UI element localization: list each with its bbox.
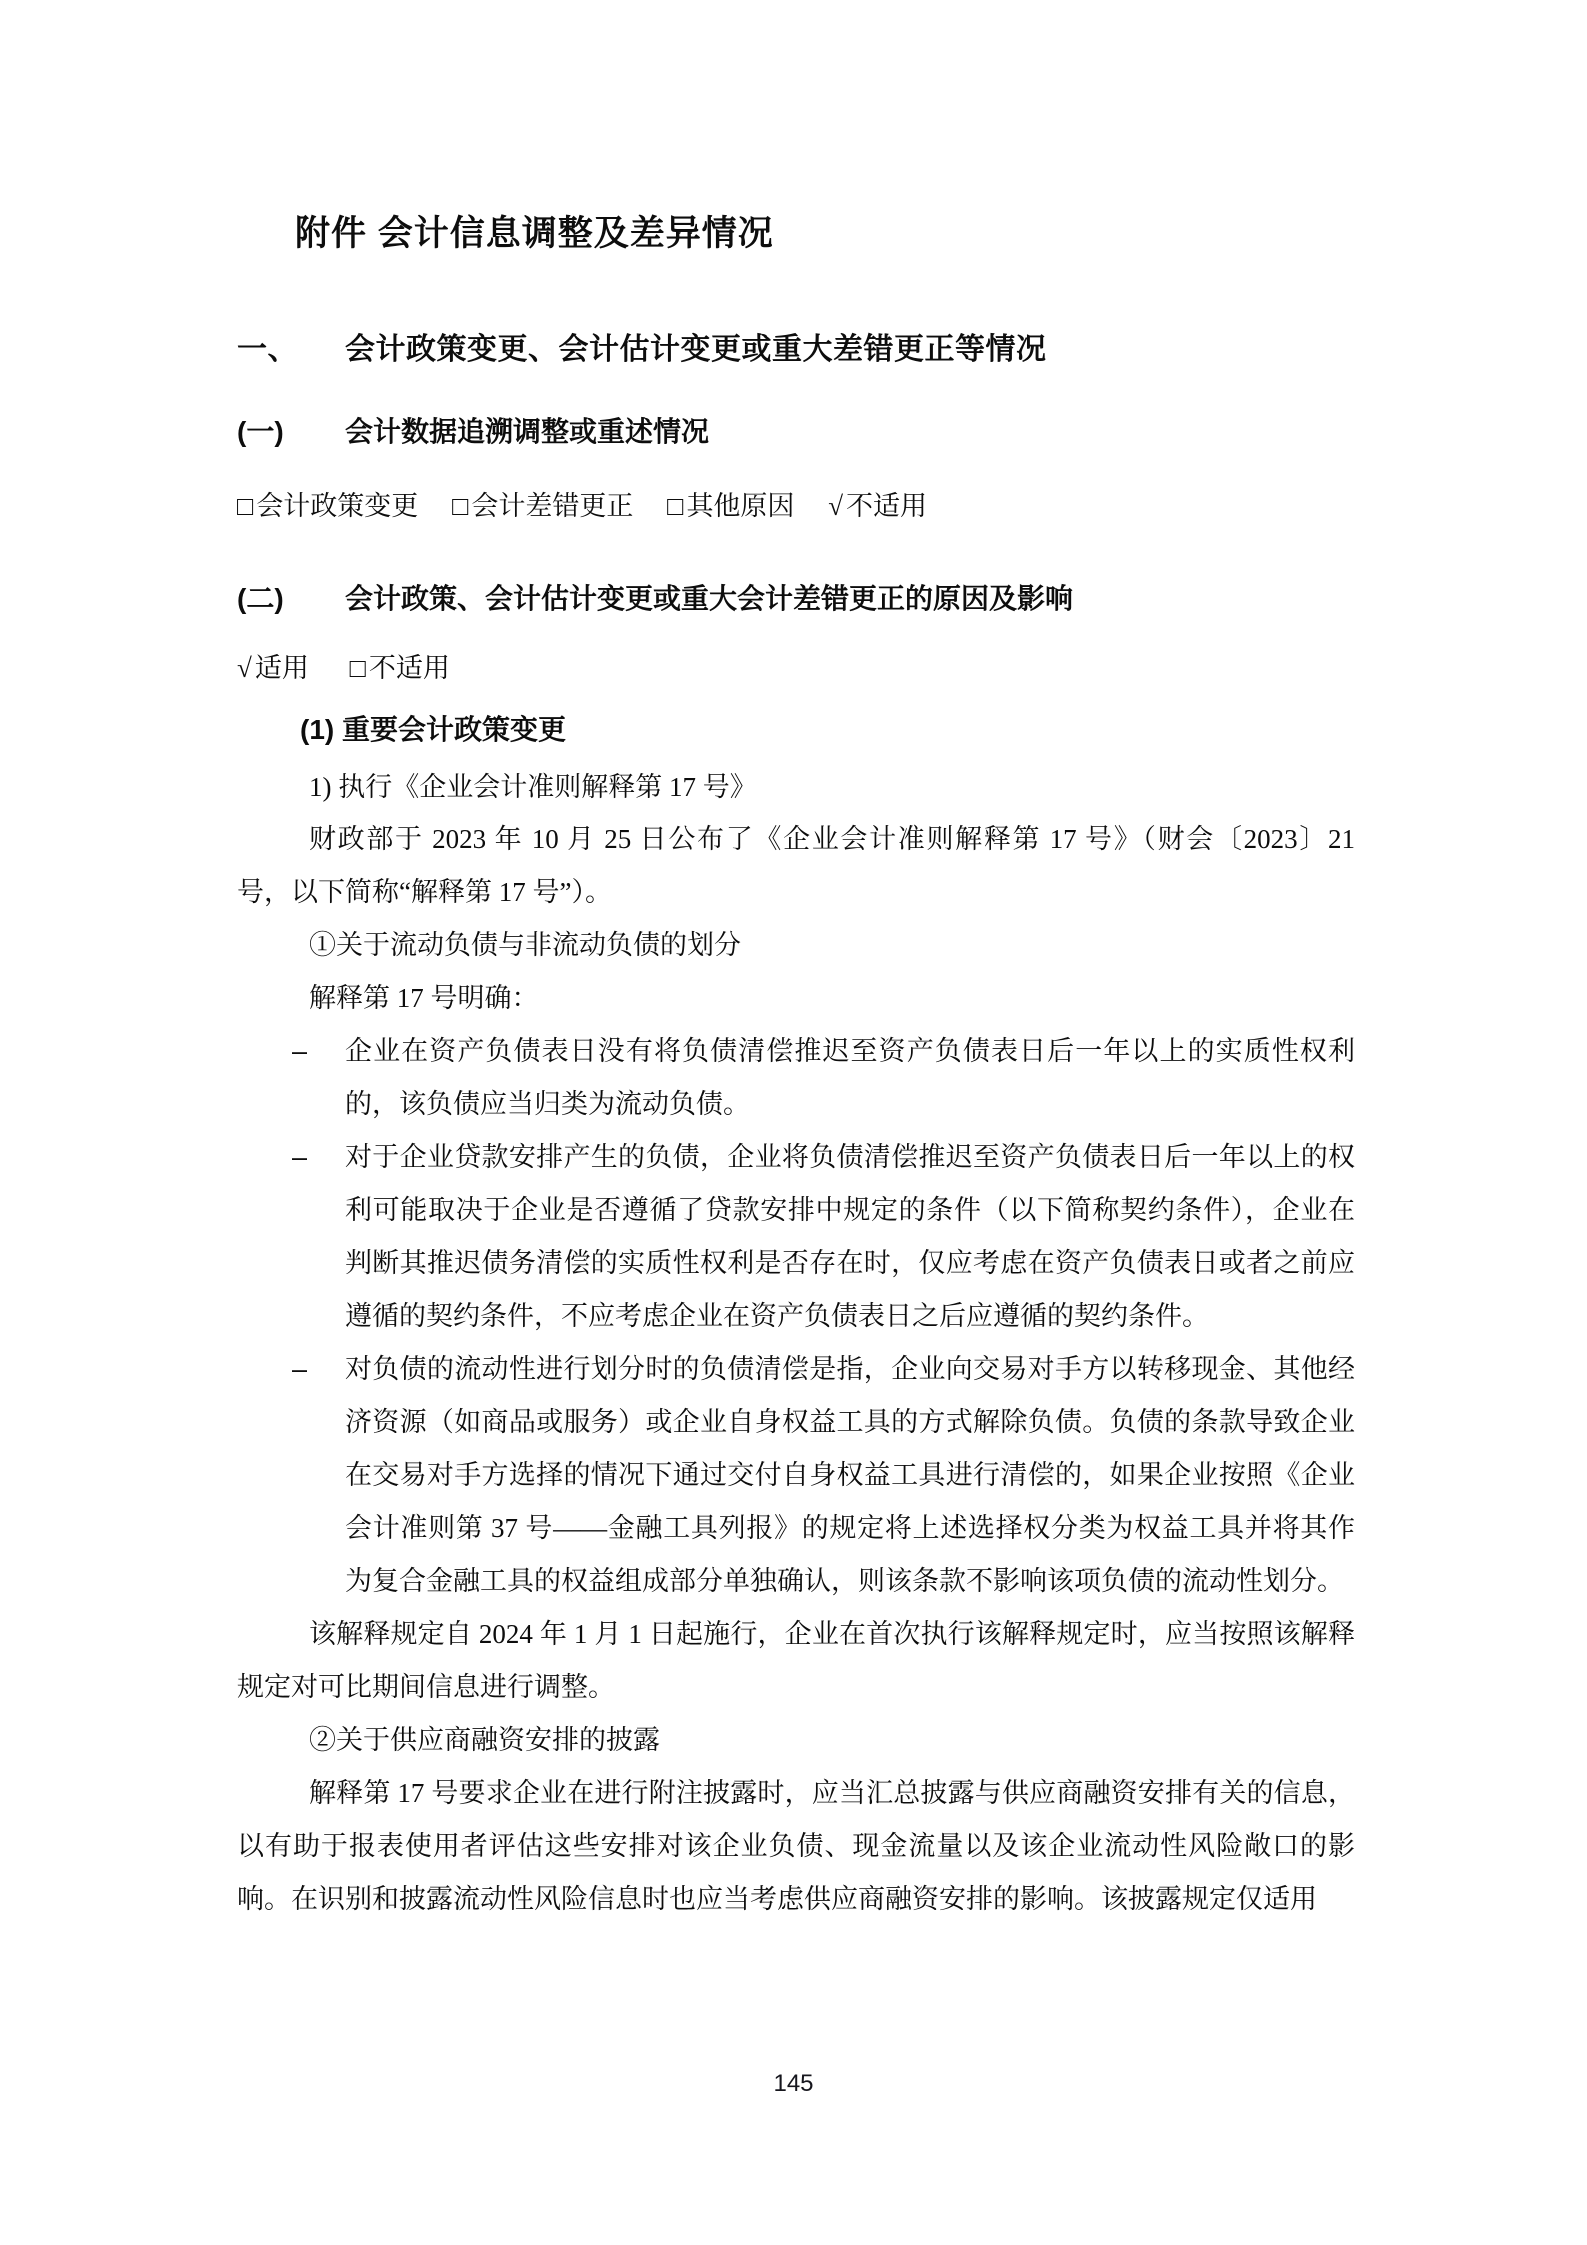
checkbox-unchecked-icon: □ xyxy=(350,653,366,683)
bullet-item: – 企业在资产负债表日没有将负债清偿推迟至资产负债表日后一年以上的实质性权利的，… xyxy=(345,1025,1355,1131)
dash-bullet-icon: – xyxy=(292,1131,307,1184)
point-1-heading: (1) 重要会计政策变更 xyxy=(300,712,1355,748)
section-1-heading: 一、 会计政策变更、会计估计变更或重大差错更正等情况 xyxy=(237,330,1355,370)
check-mark-icon: √ xyxy=(828,491,843,521)
page-number: 145 xyxy=(0,2070,1587,2098)
bullet-text: 对于企业贷款安排产生的负债，企业将负债清偿推迟至资产负债表日后一年以上的权利可能… xyxy=(345,1142,1355,1331)
dash-bullet-icon: – xyxy=(292,1025,307,1078)
subsection-1-heading: (一) 会计数据追溯调整或重述情况 xyxy=(237,413,1355,451)
option-applicable: √适用 xyxy=(237,653,309,683)
option-error-correction: □会计差错更正 xyxy=(452,491,633,521)
document-title: 附件 会计信息调整及差异情况 xyxy=(295,212,1355,256)
document-page: 附件 会计信息调整及差异情况 一、 会计政策变更、会计估计变更或重大差错更正等情… xyxy=(0,0,1587,2245)
topic-1-lead: 解释第 17 号明确： xyxy=(237,972,1355,1025)
bullet-text: 企业在资产负债表日没有将负债清偿推迟至资产负债表日后一年以上的实质性权利的，该负… xyxy=(345,1036,1355,1119)
checkbox-unchecked-icon: □ xyxy=(667,491,683,521)
subsection-2-number: (二) xyxy=(237,580,345,618)
subsection-2-title: 会计政策、会计估计变更或重大会计差错更正的原因及影响 xyxy=(345,580,1073,618)
restatement-options-line: □会计政策变更 □会计差错更正 □其他原因 √不适用 xyxy=(237,488,1355,524)
paragraph-disclosure: 解释第 17 号要求企业在进行附注披露时，应当汇总披露与供应商融资安排有关的信息… xyxy=(237,1767,1355,1926)
option-not-applicable: □不适用 xyxy=(350,653,450,683)
paragraph-intro: 财政部于 2023 年 10 月 25 日公布了《企业会计准则解释第 17 号》… xyxy=(237,813,1355,919)
section-1-title: 会计政策变更、会计估计变更或重大差错更正等情况 xyxy=(345,330,1047,370)
dash-bullet-icon: – xyxy=(292,1343,307,1396)
option-label: 会计政策变更 xyxy=(256,491,418,521)
check-mark-icon: √ xyxy=(237,653,252,683)
subsection-1-title: 会计数据追溯调整或重述情况 xyxy=(345,413,709,451)
applicability-line: √适用 □不适用 xyxy=(237,650,1355,686)
bullet-text: 对负债的流动性进行划分时的负债清偿是指，企业向交易对手方以转移现金、其他经济资源… xyxy=(345,1354,1355,1596)
paragraph-effective-date: 该解释规定自 2024 年 1 月 1 日起施行，企业在首次执行该解释规定时，应… xyxy=(237,1608,1355,1714)
bullet-item: – 对负债的流动性进行划分时的负债清偿是指，企业向交易对手方以转移现金、其他经济… xyxy=(345,1343,1355,1608)
topic-1-bullet-list: – 企业在资产负债表日没有将负债清偿推迟至资产负债表日后一年以上的实质性权利的，… xyxy=(237,1025,1355,1608)
option-label: 适用 xyxy=(255,653,309,683)
section-1-number: 一、 xyxy=(237,330,345,370)
subsection-1-number: (一) xyxy=(237,413,345,451)
checkbox-unchecked-icon: □ xyxy=(452,491,468,521)
option-not-applicable: √不适用 xyxy=(828,491,927,521)
option-label: 会计差错更正 xyxy=(471,491,633,521)
item-1-heading: 1) 执行《企业会计准则解释第 17 号》 xyxy=(309,769,1355,805)
bullet-item: – 对于企业贷款安排产生的负债，企业将负债清偿推迟至资产负债表日后一年以上的权利… xyxy=(345,1131,1355,1343)
checkbox-unchecked-icon: □ xyxy=(237,491,253,521)
topic-2-heading: ②关于供应商融资安排的披露 xyxy=(237,1714,1355,1767)
subsection-2-heading: (二) 会计政策、会计估计变更或重大会计差错更正的原因及影响 xyxy=(237,580,1355,618)
option-label: 不适用 xyxy=(846,491,927,521)
option-other-reason: □其他原因 xyxy=(667,491,794,521)
option-accounting-policy-change: □会计政策变更 xyxy=(237,491,418,521)
topic-1-heading: ①关于流动负债与非流动负债的划分 xyxy=(237,919,1355,972)
body-text: 财政部于 2023 年 10 月 25 日公布了《企业会计准则解释第 17 号》… xyxy=(237,813,1355,1926)
option-label: 其他原因 xyxy=(686,491,794,521)
option-label: 不适用 xyxy=(369,653,450,683)
